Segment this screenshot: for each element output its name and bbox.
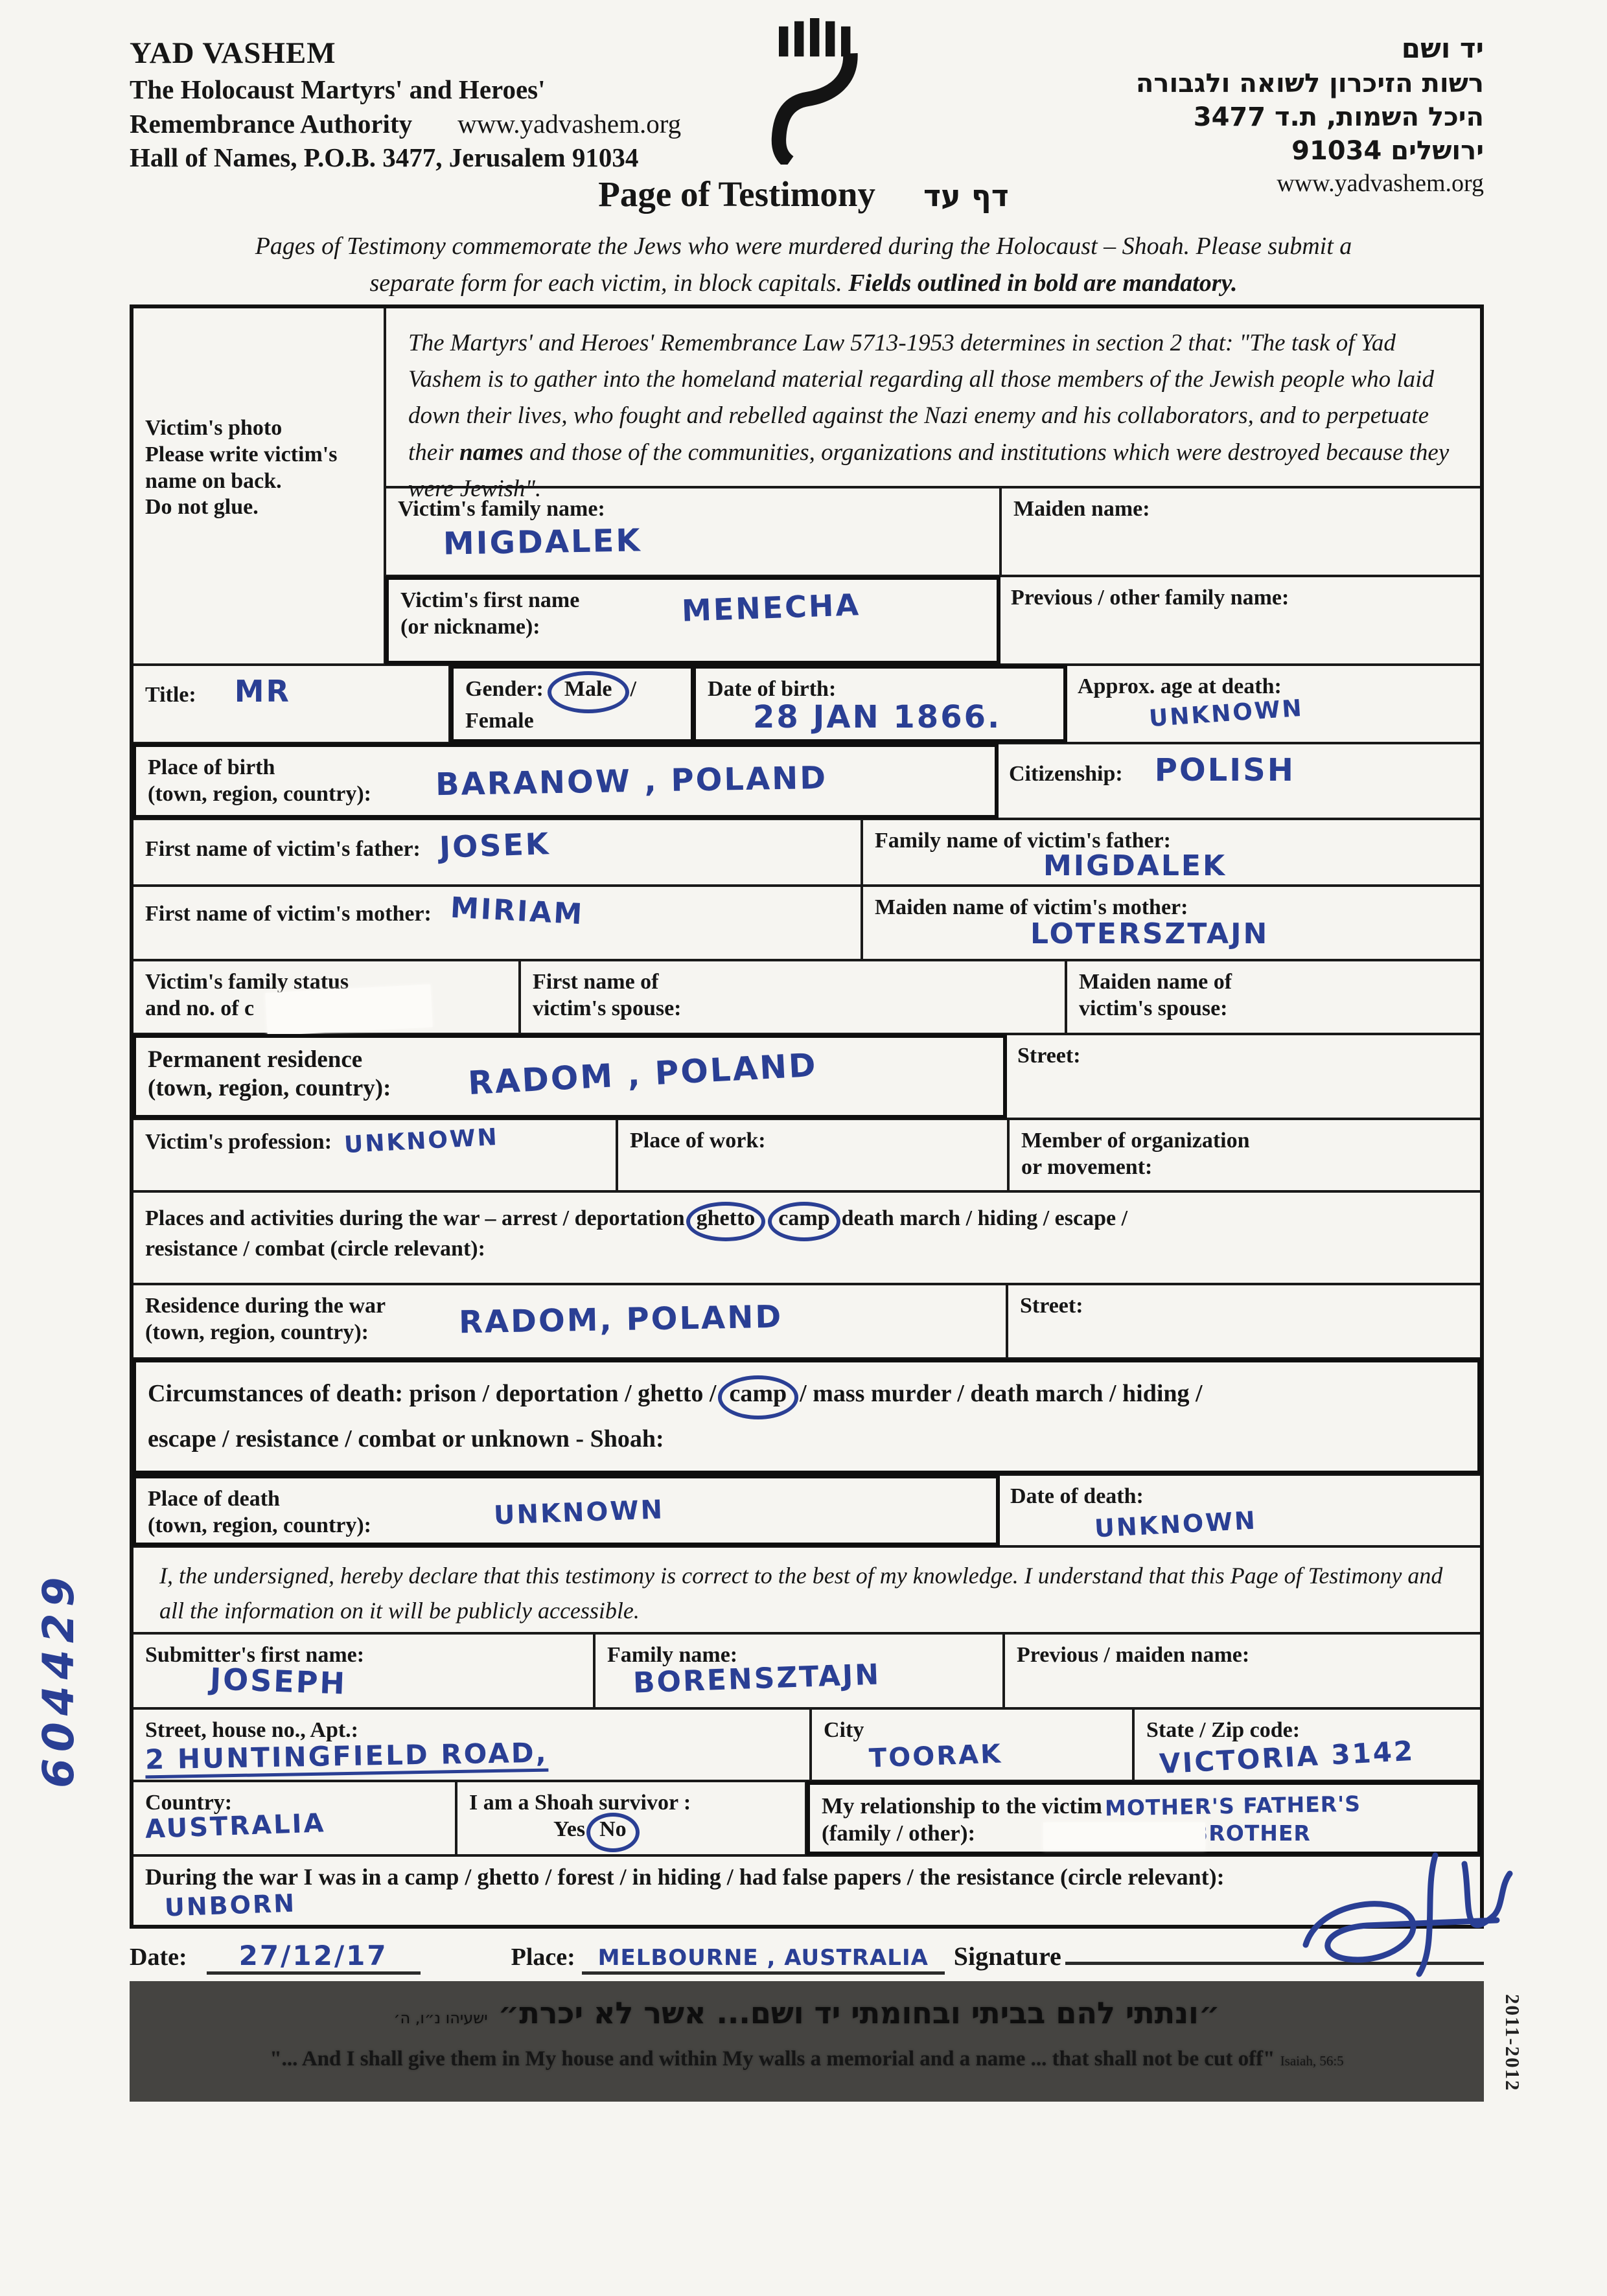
mother-first-name-value: MIRIAM: [450, 891, 585, 932]
circumstances-row: Circumstances of death: prison / deporta…: [133, 1360, 1480, 1476]
date-label: Date:: [130, 1943, 187, 1973]
hebrew-quote: ״ונתתי להם בביתי ובחומתי יד ושם... אשר ל…: [498, 1995, 1220, 2030]
shoah-survivor-field: I am a Shoah survivor : YesNo: [457, 1782, 807, 1854]
date-value: 27/12/17: [239, 1940, 388, 1971]
places-activities-row: Places and activities during the war – a…: [133, 1193, 1480, 1285]
org-city-hebrew: ירושלים 91034: [1136, 134, 1484, 168]
instructions-mandatory-note: Fields outlined in bold are mandatory.: [848, 270, 1237, 297]
place-value: MELBOURNE , AUSTRALIA: [598, 1945, 929, 1971]
place-of-work-field: Place of work:: [618, 1120, 1010, 1190]
residence-war-row: Residence during the war (town, region, …: [133, 1285, 1480, 1360]
profession-field: Victim's profession: UNKNOWN: [133, 1120, 618, 1190]
organization-label: Member of organization or movement:: [1021, 1129, 1250, 1179]
place-label: Place:: [511, 1943, 575, 1973]
whiteout-patch: [1043, 1822, 1205, 1850]
circumstances-label-line2: escape / resistance / combat or unknown …: [148, 1425, 664, 1454]
father-family-name-value: MIGDALEK: [1043, 849, 1227, 882]
permanent-residence-row: Permanent residence (town, region, count…: [133, 1035, 1480, 1120]
org-subtitle-2: Remembrance Authority: [130, 109, 412, 139]
city-field: City TOORAK: [812, 1710, 1135, 1780]
instructions-line-2: separate form for each victim, in block …: [369, 270, 848, 297]
submitter-name-row: Submitter's first name: JOSEPH Family na…: [133, 1635, 1480, 1710]
mother-maiden-name-label: Maiden name of victim's mother:: [875, 895, 1188, 919]
death-row: Place of death (town, region, country): …: [133, 1476, 1480, 1548]
victim-family-name-field: Victim's family name: MIGDALEK: [386, 488, 1002, 575]
place-of-birth-value: BARANOW , POLAND: [435, 760, 828, 803]
relationship-value-2: BROTHER: [1192, 1820, 1311, 1846]
date-of-birth-label: Date of birth:: [708, 677, 836, 701]
form-title-hebrew: דף עד: [923, 178, 1009, 213]
places-activities-label-pre: Places and activities during the war – a…: [145, 1206, 685, 1230]
org-pob-hebrew: היכל השמות, ת.ד 3477: [1136, 100, 1484, 134]
date-of-death-label: Date of death:: [1010, 1484, 1144, 1508]
archive-number-handwritten: 604429: [34, 1570, 84, 1788]
permanent-residence-value: RADOM , POLAND: [467, 1046, 818, 1102]
form-title: Page of Testimony דף עד: [0, 174, 1607, 214]
during-war-label: During the war I was in a camp / ghetto …: [145, 1864, 1225, 1890]
spouse-maiden-name-label: Maiden name of victim's spouse:: [1079, 970, 1232, 1020]
relationship-label-2: (family / other):: [822, 1820, 975, 1846]
org-website: www.yadvashem.org: [457, 109, 681, 139]
form-title-english: Page of Testimony: [598, 174, 875, 214]
whiteout-patch: [265, 984, 432, 1035]
testimony-form-table: Victim's photo Please write victim's nam…: [130, 304, 1484, 1929]
org-header-english: YAD VASHEM The Holocaust Martyrs' and He…: [130, 34, 681, 175]
relationship-field: My relationship to the victim MOTHER'S F…: [806, 1781, 1481, 1855]
street-house-value: 2 HUNTINGFIELD ROAD,: [145, 1736, 549, 1778]
profession-label: Victim's profession:: [145, 1130, 332, 1154]
country-label: Country:: [145, 1791, 232, 1815]
place-of-death-value: UNKNOWN: [493, 1495, 664, 1530]
circumstances-label-pre: Circumstances of death: prison / deporta…: [148, 1380, 717, 1407]
street-house-label: Street, house no., Apt.:: [145, 1718, 358, 1742]
street-war-label: Street:: [1020, 1294, 1083, 1318]
state-zip-field: State / Zip code: VICTORIA 3142: [1135, 1710, 1480, 1780]
father-first-name-value: JOSEK: [439, 826, 551, 865]
previous-family-name-label: Previous / other family name:: [1011, 586, 1289, 610]
country-field: Country: AUSTRALIA: [133, 1782, 457, 1854]
date-of-death-field: Date of death: UNKNOWN: [999, 1476, 1480, 1545]
spouse-maiden-name-field: Maiden name of victim's spouse:: [1067, 961, 1480, 1033]
victim-first-name-value: MENECHA: [681, 587, 861, 628]
instructions-line-1: Pages of Testimony commemorate the Jews …: [156, 228, 1451, 265]
family-status-field: Victim's family status and no. of c: [133, 961, 521, 1033]
org-address: Hall of Names, P.O.B. 3477, Jerusalem 91…: [130, 141, 681, 174]
signature-label: Signature: [954, 1941, 1061, 1972]
submitter-address-row: Street, house no., Apt.: 2 HUNTINGFIELD …: [133, 1710, 1480, 1782]
victim-family-name-label: Victim's family name:: [398, 497, 605, 521]
camp-circled: camp: [768, 1202, 840, 1241]
city-label: City: [824, 1718, 864, 1742]
circumstances-label-post: / mass murder / death march / hiding /: [800, 1380, 1202, 1407]
submitter-first-name-field: Submitter's first name: JOSEPH: [133, 1635, 595, 1707]
form-edition: 2011-2012: [1501, 1994, 1524, 2092]
family-status-row: Victim's family status and no. of c Firs…: [133, 961, 1480, 1035]
mother-row: First name of victim's mother: MIRIAM Ma…: [133, 887, 1480, 961]
law-text-names: names: [459, 439, 524, 466]
street-label: Street:: [1017, 1044, 1081, 1068]
maiden-name-field: Maiden name:: [1002, 488, 1480, 575]
place-of-birth-label: Place of birth (town, region, country):: [148, 755, 407, 808]
place-of-work-label: Place of work:: [630, 1129, 766, 1153]
state-zip-label: State / Zip code:: [1146, 1718, 1300, 1742]
street-house-field: Street, house no., Apt.: 2 HUNTINGFIELD …: [133, 1710, 812, 1780]
title-value: MR: [235, 674, 291, 709]
yad-vashem-logo-icon: [758, 17, 862, 168]
english-quote: "... And I shall give them in My house a…: [270, 2047, 1275, 2071]
father-first-name-field: First name of victim's father: JOSEK: [133, 820, 863, 884]
english-quote-source: Isaiah, 56:5: [1280, 2053, 1344, 2069]
submitter-prev-maiden-field: Previous / maiden name:: [1005, 1635, 1480, 1707]
org-name: YAD VASHEM: [130, 34, 681, 73]
gender-male-circled: Male: [548, 671, 629, 713]
permanent-residence-field: Permanent residence (town, region, count…: [132, 1034, 1007, 1119]
date-of-birth-value: 28 JAN 1866.: [753, 699, 1001, 735]
age-at-death-label: Approx. age at death:: [1078, 674, 1282, 698]
org-name-hebrew: יד ושם: [1136, 31, 1484, 67]
photo-box-instructions: Victim's photo Please write victim's nam…: [145, 415, 372, 521]
spouse-first-name-label: First name of victim's spouse:: [533, 970, 682, 1020]
submitter-family-name-field: Family name: BORENSZTAJN: [595, 1635, 1005, 1707]
place-of-death-field: Place of death (town, region, country): …: [132, 1475, 1000, 1546]
residence-war-value: RADOM, POLAND: [459, 1298, 783, 1340]
survivor-yes-option: Yes: [553, 1817, 585, 1841]
age-at-death-field: Approx. age at death: UNKNOWN: [1066, 666, 1480, 742]
form-instructions: Pages of Testimony commemorate the Jews …: [156, 228, 1451, 302]
date-of-death-value: UNKNOWN: [1094, 1506, 1258, 1543]
mother-maiden-name-field: Maiden name of victim's mother: LOTERSZT…: [863, 887, 1480, 959]
ghetto-circled: ghetto: [686, 1202, 766, 1241]
submitter-prev-maiden-label: Previous / maiden name:: [1017, 1643, 1249, 1667]
street-war-field: Street:: [1008, 1285, 1480, 1357]
maiden-name-label: Maiden name:: [1013, 497, 1150, 521]
residence-war-field: Residence during the war (town, region, …: [133, 1285, 1008, 1357]
during-war-value: UNBORN: [164, 1889, 296, 1922]
residence-war-label: Residence during the war (town, region, …: [145, 1293, 424, 1346]
birth-citizenship-row: Place of birth (town, region, country): …: [133, 744, 1480, 820]
page-of-testimony-scan: YAD VASHEM The Holocaust Martyrs' and He…: [0, 0, 1607, 2296]
country-survivor-row: Country: AUSTRALIA I am a Shoah survivor…: [133, 1782, 1480, 1857]
date-of-birth-field: Date of birth: 28 JAN 1866.: [692, 665, 1067, 743]
country-value: AUSTRALIA: [145, 1808, 326, 1844]
spouse-first-name-field: First name of victim's spouse:: [521, 961, 1067, 1033]
city-value: TOORAK: [868, 1739, 1003, 1773]
org-subtitle-hebrew: רשות הזיכרון לשואה ולגבורה: [1136, 67, 1484, 100]
citizenship-value: POLISH: [1155, 752, 1295, 788]
places-activities-label-post: death march / hiding / escape /: [842, 1206, 1127, 1230]
organization-field: Member of organization or movement:: [1010, 1120, 1480, 1190]
mother-first-name-field: First name of victim's mother: MIRIAM: [133, 887, 863, 959]
mother-first-name-label: First name of victim's mother:: [145, 902, 432, 926]
age-at-death-value: UNKNOWN: [1148, 695, 1304, 733]
memorial-quote-bar: ״ונתתי להם בביתי ובחומתי יד ושם... אשר ל…: [130, 1981, 1484, 2102]
org-subtitle-1: The Holocaust Martyrs' and Heroes': [130, 73, 681, 106]
gender-field: Gender: Male/ Female: [450, 665, 695, 743]
citizenship-field: Citizenship: POLISH: [997, 744, 1480, 818]
relationship-label-1: My relationship to the victim: [822, 1793, 1102, 1819]
father-family-name-field: Family name of victim's father: MIGDALEK: [863, 820, 1480, 884]
hebrew-quote-source: ישעיהו נ״ו, ה׳: [394, 2009, 488, 2027]
submitter-first-name-value: JOSEPH: [209, 1661, 347, 1701]
place-of-birth-field: Place of birth (town, region, country): …: [132, 743, 999, 819]
victim-first-name-label: Victim's first name (or nickname):: [400, 588, 679, 641]
victim-photo-box: Victim's photo Please write victim's nam…: [133, 308, 386, 663]
profession-row: Victim's profession: UNKNOWN Place of wo…: [133, 1120, 1480, 1193]
shoah-survivor-label: I am a Shoah survivor :: [469, 1791, 691, 1815]
citizenship-label: Citizenship:: [1009, 762, 1123, 786]
place-of-death-label: Place of death (town, region, country):: [148, 1486, 407, 1539]
top-block-row: Victim's photo Please write victim's nam…: [133, 308, 1480, 666]
circumstances-camp-circled: camp: [718, 1375, 799, 1419]
permanent-residence-label: Permanent residence (town, region, count…: [148, 1046, 426, 1103]
victim-family-name-value: MIGDALEK: [443, 522, 643, 562]
title-label: Title:: [145, 683, 196, 707]
declaration-row: I, the undersigned, hereby declare that …: [133, 1548, 1480, 1635]
victim-first-name-field: Victim's first name (or nickname): MENEC…: [385, 576, 1000, 665]
title-field: Title: MR: [133, 666, 451, 742]
gender-label: Gender:: [465, 677, 544, 701]
signature-scrawl: [1270, 1848, 1516, 1987]
father-row: First name of victim's father: JOSEK Fam…: [133, 820, 1480, 887]
places-activities-label-line2: resistance / combat (circle relevant):: [145, 1237, 485, 1261]
survivor-no-circled: No: [586, 1813, 640, 1852]
declaration-text: I, the undersigned, hereby declare that …: [133, 1548, 1480, 1632]
relationship-value-1: MOTHER'S FATHER'S: [1105, 1791, 1361, 1821]
remembrance-law-text: The Martyrs' and Heroes' Remembrance Law…: [386, 308, 1480, 488]
father-first-name-label: First name of victim's father:: [145, 837, 421, 861]
title-gender-dob-row: Title: MR Gender: Male/ Female Date of b…: [133, 666, 1480, 744]
profession-value: UNKNOWN: [343, 1124, 500, 1158]
previous-family-name-field: Previous / other family name:: [999, 577, 1480, 663]
street-field: Street:: [1006, 1035, 1480, 1118]
mother-maiden-name-value: LOTERSZTAJN: [1030, 917, 1269, 950]
